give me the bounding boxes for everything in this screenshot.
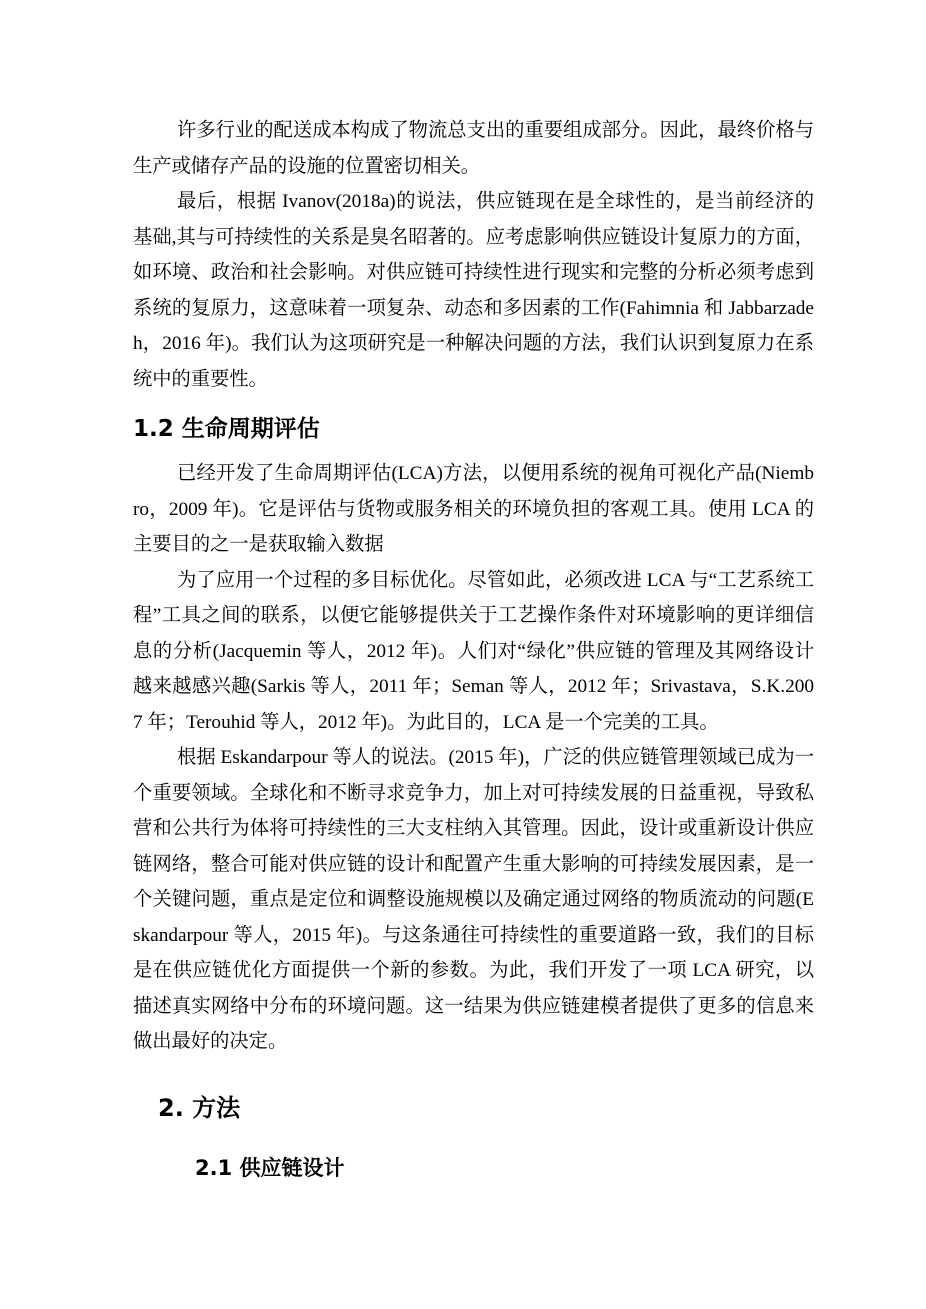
paragraph-eskandarpour-supply-chain: 根据 Eskandarpour 等人的说法。(2015 年)，广泛的供应链管理领… [133, 740, 814, 1060]
paragraph-distribution-costs: 许多行业的配送成本构成了物流总支出的重要组成部分。因此，最终价格与生产或储存产品… [133, 113, 814, 184]
section-heading-2-methods: 2. 方法 [158, 1090, 814, 1126]
document-page: 许多行业的配送成本构成了物流总支出的重要组成部分。因此，最终价格与生产或储存产品… [0, 0, 926, 1309]
paragraph-multiobjective-optimization: 为了应用一个过程的多目标优化。尽管如此，必须改进 LCA 与“工艺系统工程”工具… [133, 563, 814, 741]
section-heading-2-1-supply-chain-design: 2.1 供应链设计 [195, 1150, 814, 1186]
paragraph-lca-method-intro: 已经开发了生命周期评估(LCA)方法，以便用系统的视角可视化产品(Niembro… [133, 456, 814, 563]
paragraph-ivanov-resilience: 最后，根据 Ivanov(2018a)的说法，供应链现在是全球性的，是当前经济的… [133, 184, 814, 397]
section-heading-1-2-life-cycle-assessment: 1.2 生命周期评估 [133, 411, 814, 447]
